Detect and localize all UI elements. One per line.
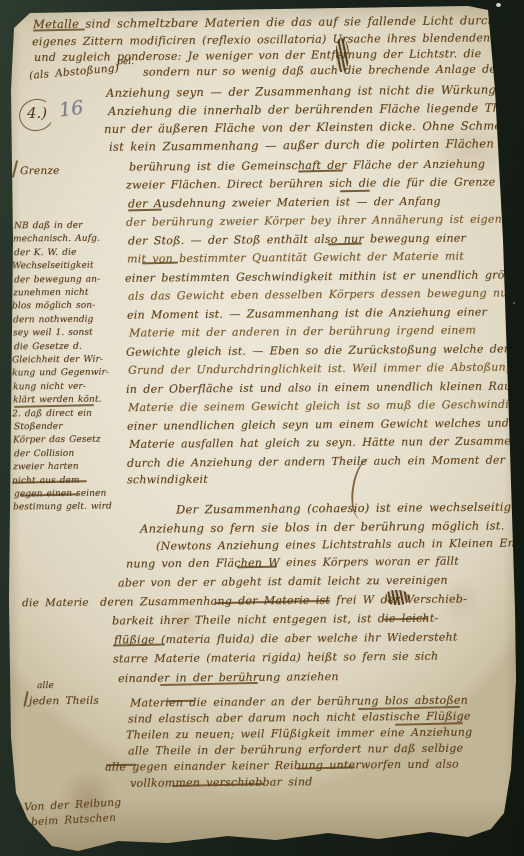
- nb-margin-note-line: Wechselseitigkeit: [12, 262, 94, 272]
- handwritten-line: (Newtons Anziehung eines Lichtstrahls au…: [156, 537, 524, 552]
- margin-note: jeden Theils: [29, 696, 99, 708]
- handwritten-line: nung von den Flächen W eines Körpers wor…: [126, 556, 459, 571]
- handwritten-line: Materie mit der anderen in der berührung…: [129, 324, 476, 339]
- handwritten-line: Materie ausfallen hat gleich zu seyn. Hä…: [129, 435, 524, 451]
- nb-margin-note-line: Stoßender: [14, 423, 63, 433]
- nb-margin-note-line: die Gesetze d.: [14, 343, 82, 353]
- handwritten-line: Der Zusammenhang (cohaesio) ist eine wec…: [176, 501, 518, 517]
- nb-margin-note-line: kung nicht ver-: [13, 383, 86, 393]
- nb-margin-note-line: Gleichheit der Wir-: [12, 356, 103, 366]
- nb-margin-note-line: sey weil 1. sonst: [13, 329, 93, 339]
- section-number-circle: [16, 95, 58, 135]
- underline-mark: [14, 404, 94, 407]
- margin-note: pel.: [117, 58, 134, 68]
- nb-margin-note-line: 2. daß direct ein: [12, 410, 92, 420]
- strike-mark: [340, 190, 370, 193]
- handwritten-line: zweier Flächen. Direct berühren sich die…: [126, 176, 495, 191]
- handwritten-line: Anziehung so fern sie blos in der berühr…: [140, 519, 505, 535]
- handwritten-line: in der Oberfläche ist und also in einem …: [126, 380, 524, 396]
- handwritten-line: der berührung zweier Körper bey ihrer An…: [126, 213, 524, 229]
- handwritten-line: der Stoß. — der Stoß enthält also nur be…: [128, 233, 466, 248]
- handwritten-line: Anziehung die innerhalb der berührenden …: [108, 101, 524, 118]
- handwritten-line: einer unendlichen gleich seyn um einem G…: [127, 417, 524, 433]
- handwritten-line: einer bestimmten Geschwindigkeit mithin …: [125, 269, 524, 285]
- handwritten-line: starre Materie (materia rigida) heißt so…: [113, 651, 438, 666]
- handwritten-line: sondern nur so wenig daß auch die breche…: [143, 63, 502, 78]
- manuscript-page: Metalle sind schmeltzbare Materien die d…: [0, 0, 524, 856]
- handwritten-line: alle gegen einander keiner Reibung unter…: [105, 758, 459, 773]
- page-number-pencil: 16: [58, 97, 85, 122]
- handwritten-line: Theilen zu neuen; weil Flüßigkeit immer …: [126, 726, 472, 741]
- strike-mark: [298, 170, 343, 173]
- handwritten-line: flüßige (materia fluida) die aber welche…: [114, 632, 458, 647]
- margin-note: alle: [37, 682, 54, 692]
- handwritten-line: nur der äußeren Fläche von der Kleinsten…: [104, 119, 524, 135]
- grenze-margin-note: Grenze: [20, 166, 60, 178]
- insert-stroke: [23, 691, 28, 707]
- nb-margin-note-line: blos möglich son-: [12, 302, 95, 312]
- nb-margin-note-line: der bewegung an-: [14, 276, 100, 286]
- reibung-note-line: beim Rutschen: [31, 813, 117, 829]
- margin-note: die Materie: [22, 598, 89, 610]
- nb-margin-note-line: dern nothwendig: [13, 316, 93, 326]
- handwritten-line: Gewichte gleich ist. — Eben so die Zurüc…: [126, 343, 509, 358]
- nb-margin-note-line: zunehmen nicht: [13, 289, 89, 299]
- handwritten-line: Materie die seinem Gewicht gleich ist so…: [128, 398, 524, 414]
- handwritten-line: durch die Anziehung der andern Theile au…: [127, 454, 524, 470]
- nb-margin-note-line: mechanisch. Aufg.: [13, 235, 100, 245]
- handwritten-line: alle Theile in der berührung erfordert n…: [128, 743, 463, 758]
- nb-margin-note-line: zweier harten: [13, 463, 79, 473]
- handwritten-line: schwindigkeit: [127, 474, 208, 487]
- ink-blot: [386, 590, 410, 605]
- handwritten-line: ein Moment ist. — Zusammenhang ist die A…: [127, 306, 487, 321]
- handwritten-line: ist kein Zusammenhang — außer durch die …: [109, 137, 494, 153]
- nb-margin-note-line: der K. W. die: [14, 249, 76, 259]
- nb-margin-note-line: Körper das Gesetz: [13, 436, 101, 446]
- handwritten-line: aber von der er abgeht ist damit leicht …: [118, 575, 448, 590]
- handwritten-line: als das Gewicht eben desselben Körpers d…: [128, 287, 513, 302]
- handwritten-line: Anziehung seyn — der Zusammenhang ist ni…: [106, 83, 523, 99]
- margin-note: (als Abstoßung): [29, 63, 120, 82]
- handwritten-line: der Ausdehnung zweier Materien ist — der…: [128, 196, 441, 211]
- nb-margin-note-line: NB daß in der: [14, 222, 83, 232]
- handwritten-line: und zugleich ponderose: Je weniger von d…: [34, 48, 481, 64]
- insertion-mark: [336, 38, 349, 72]
- dust-speck: [496, 3, 501, 7]
- dust-speck: [513, 302, 515, 304]
- nb-margin-note-line: kung und Gegenwir-: [12, 369, 109, 379]
- handwritten-line: eigenes Zittern modificiren (reflexio os…: [32, 32, 524, 49]
- nb-margin-note-line: bestimung gelt. wird: [13, 503, 112, 513]
- handwritten-line: Metalle sind schmeltzbare Materien die d…: [33, 14, 519, 31]
- insert-stroke: [12, 160, 18, 178]
- nb-margin-note-line: der Collision: [14, 450, 74, 460]
- photo-backdrop: Metalle sind schmeltzbare Materien die d…: [0, 0, 524, 856]
- handwritten-line: Grund der Undurchdringlichkeit ist. Weil…: [128, 361, 524, 377]
- strike-mark: [128, 209, 162, 212]
